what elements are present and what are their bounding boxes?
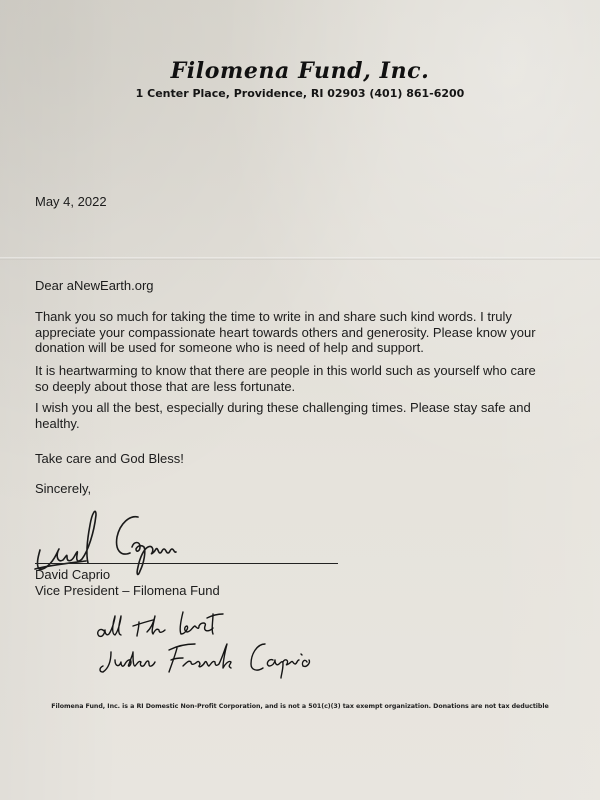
footer-disclaimer: Filomena Fund, Inc. is a RI Domestic Non…: [0, 703, 600, 710]
letterhead-organization-name: Filomena Fund, Inc.: [0, 58, 600, 84]
signatory-name: David Caprio: [35, 567, 110, 583]
paragraph-line: so deeply about those that are less fort…: [35, 379, 565, 395]
letter-paragraph-1: Thank you so much for taking the time to…: [35, 309, 565, 356]
letter-salutation: Dear aNewEarth.org: [35, 278, 154, 294]
paragraph-line: It is heartwarming to know that there ar…: [35, 363, 565, 379]
letter-date: May 4, 2022: [35, 194, 107, 210]
paragraph-line: donation will be used for someone who is…: [35, 340, 565, 356]
signatory-title: Vice President – Filomena Fund: [35, 583, 220, 599]
letter-paragraph-2: It is heartwarming to know that there ar…: [35, 363, 565, 394]
letter-closing-remark: Take care and God Bless!: [35, 451, 184, 467]
paragraph-line: I wish you all the best, especially duri…: [35, 400, 565, 416]
paragraph-line: healthy.: [35, 416, 565, 432]
letterhead-address: 1 Center Place, Providence, RI 02903 (40…: [0, 87, 600, 100]
letter-paragraph-3: I wish you all the best, especially duri…: [35, 400, 565, 431]
paragraph-line: appreciate your compassionate heart towa…: [35, 325, 565, 341]
paper-fold-crease: [0, 257, 600, 260]
letter-valediction: Sincerely,: [35, 481, 91, 497]
signature-line: [35, 563, 338, 564]
handwritten-note: [95, 608, 375, 683]
paragraph-line: Thank you so much for taking the time to…: [35, 309, 565, 325]
